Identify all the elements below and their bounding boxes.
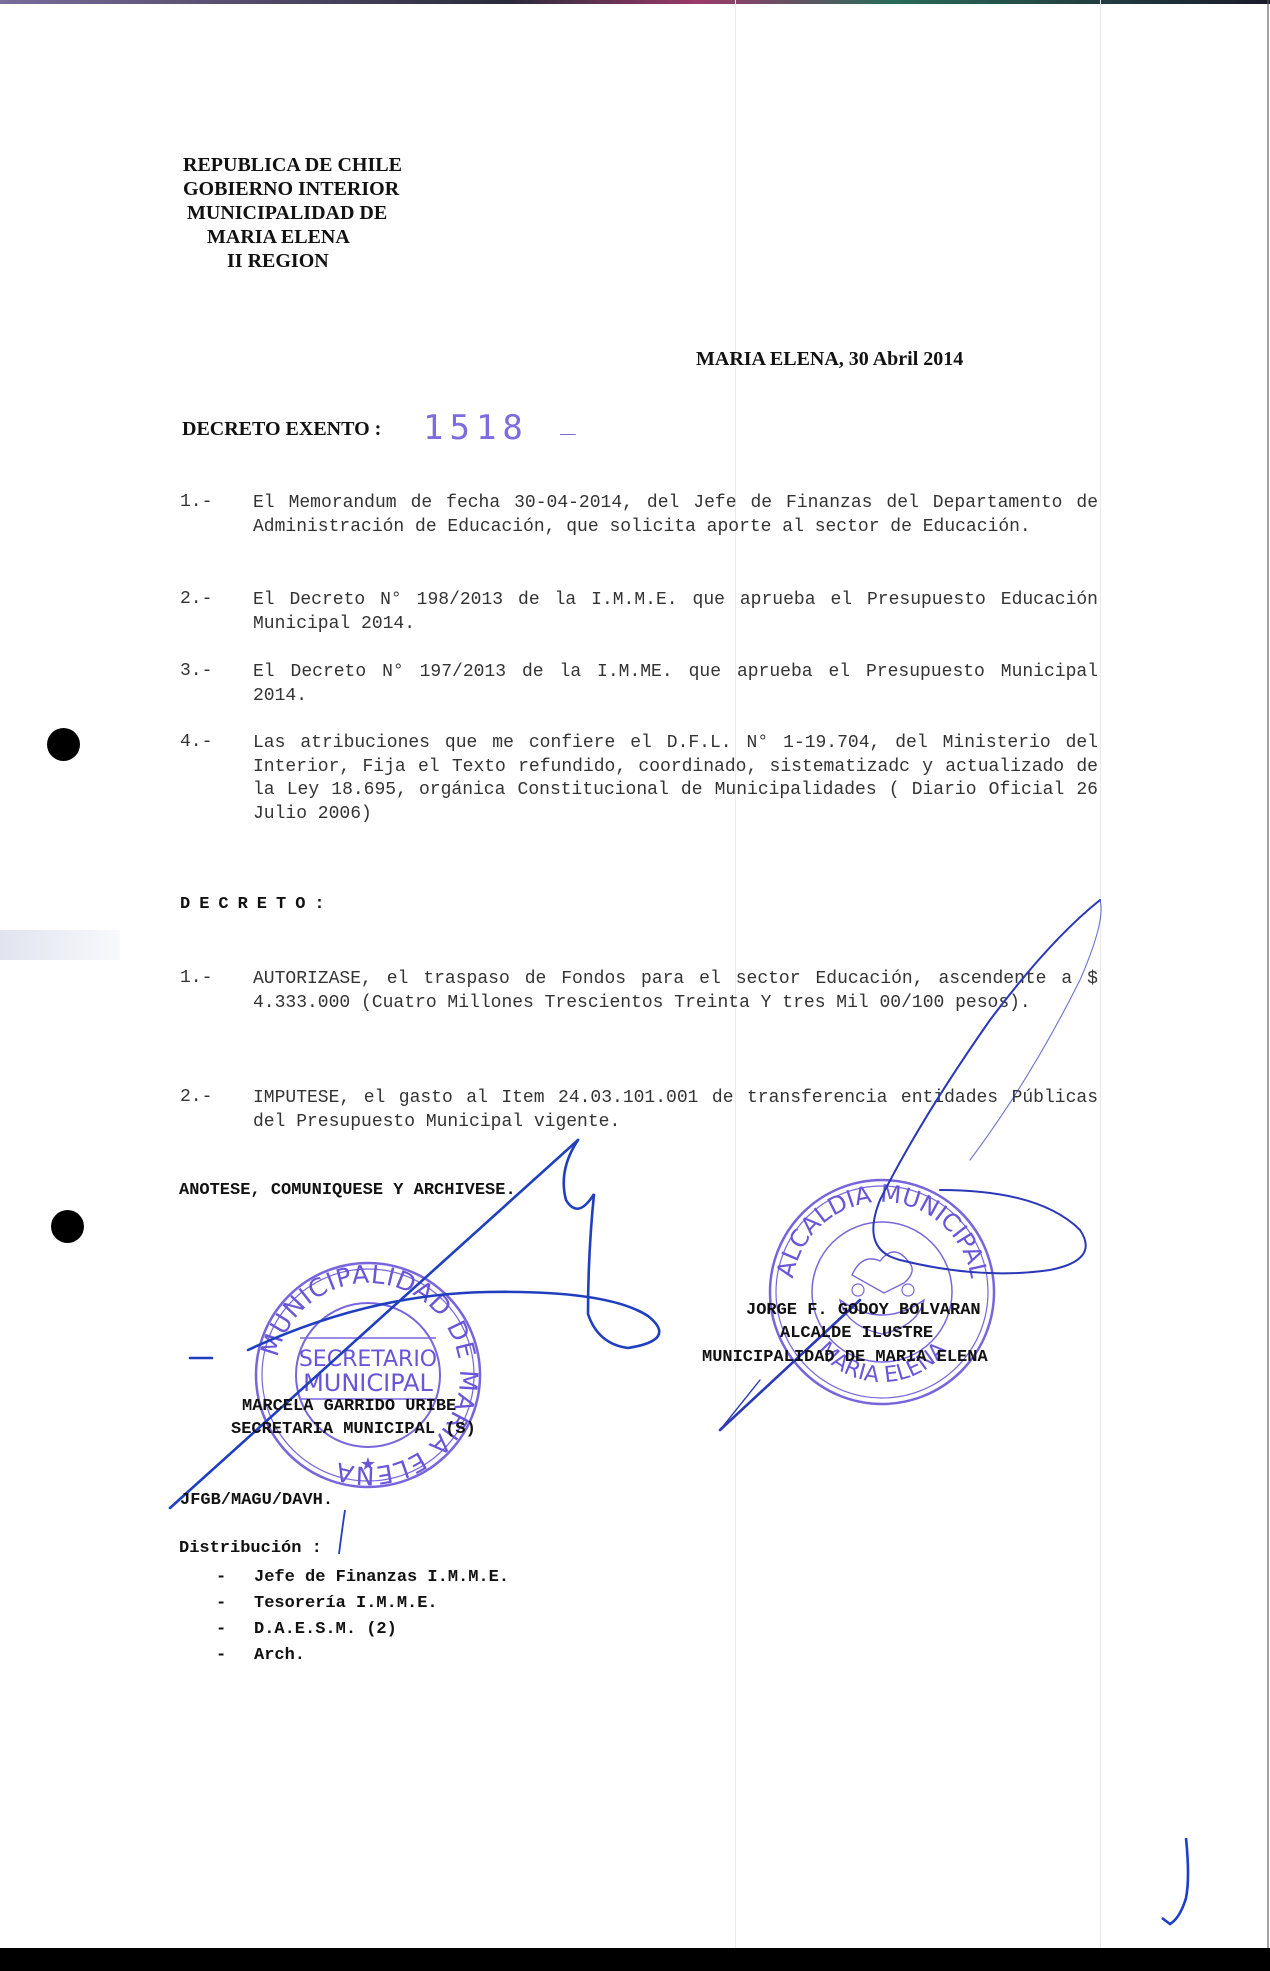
secretary-title: SECRETARIA MUNICIPAL (S) bbox=[231, 1420, 476, 1439]
checkmark-icon bbox=[1162, 1838, 1188, 1924]
secretary-stamp-line2: MUNICIPAL bbox=[303, 1369, 433, 1397]
distribution-label: Distribución : bbox=[179, 1539, 322, 1558]
mayor-institution: MUNICIPALIDAD DE MARIA ELENA bbox=[702, 1348, 988, 1367]
distribution-item: -Jefe de Finanzas I.M.M.E. bbox=[180, 1564, 509, 1590]
star-icon: ★ bbox=[360, 1454, 376, 1475]
distribution-item: -Arch. bbox=[180, 1642, 509, 1668]
mayor-title: ALCALDE ILUSTRE bbox=[780, 1324, 933, 1343]
distribution-item: -D.A.E.S.M. (2) bbox=[180, 1616, 509, 1642]
stamps-and-signatures: MUNICIPALIDAD DE MARIA ELENA SECRETARIO … bbox=[0, 0, 1270, 1971]
initials-pen-mark bbox=[339, 1510, 345, 1554]
distribution-item: -Tesorería I.M.M.E. bbox=[180, 1590, 509, 1616]
mayor-name: JORGE F. GODOY BOLVARAN bbox=[746, 1301, 981, 1320]
initials: JFGB/MAGU/DAVH. bbox=[180, 1491, 333, 1510]
secretary-name: MARCELA GARRIDO URIBE bbox=[242, 1397, 456, 1416]
distribution-list: -Jefe de Finanzas I.M.M.E. -Tesorería I.… bbox=[180, 1564, 509, 1668]
